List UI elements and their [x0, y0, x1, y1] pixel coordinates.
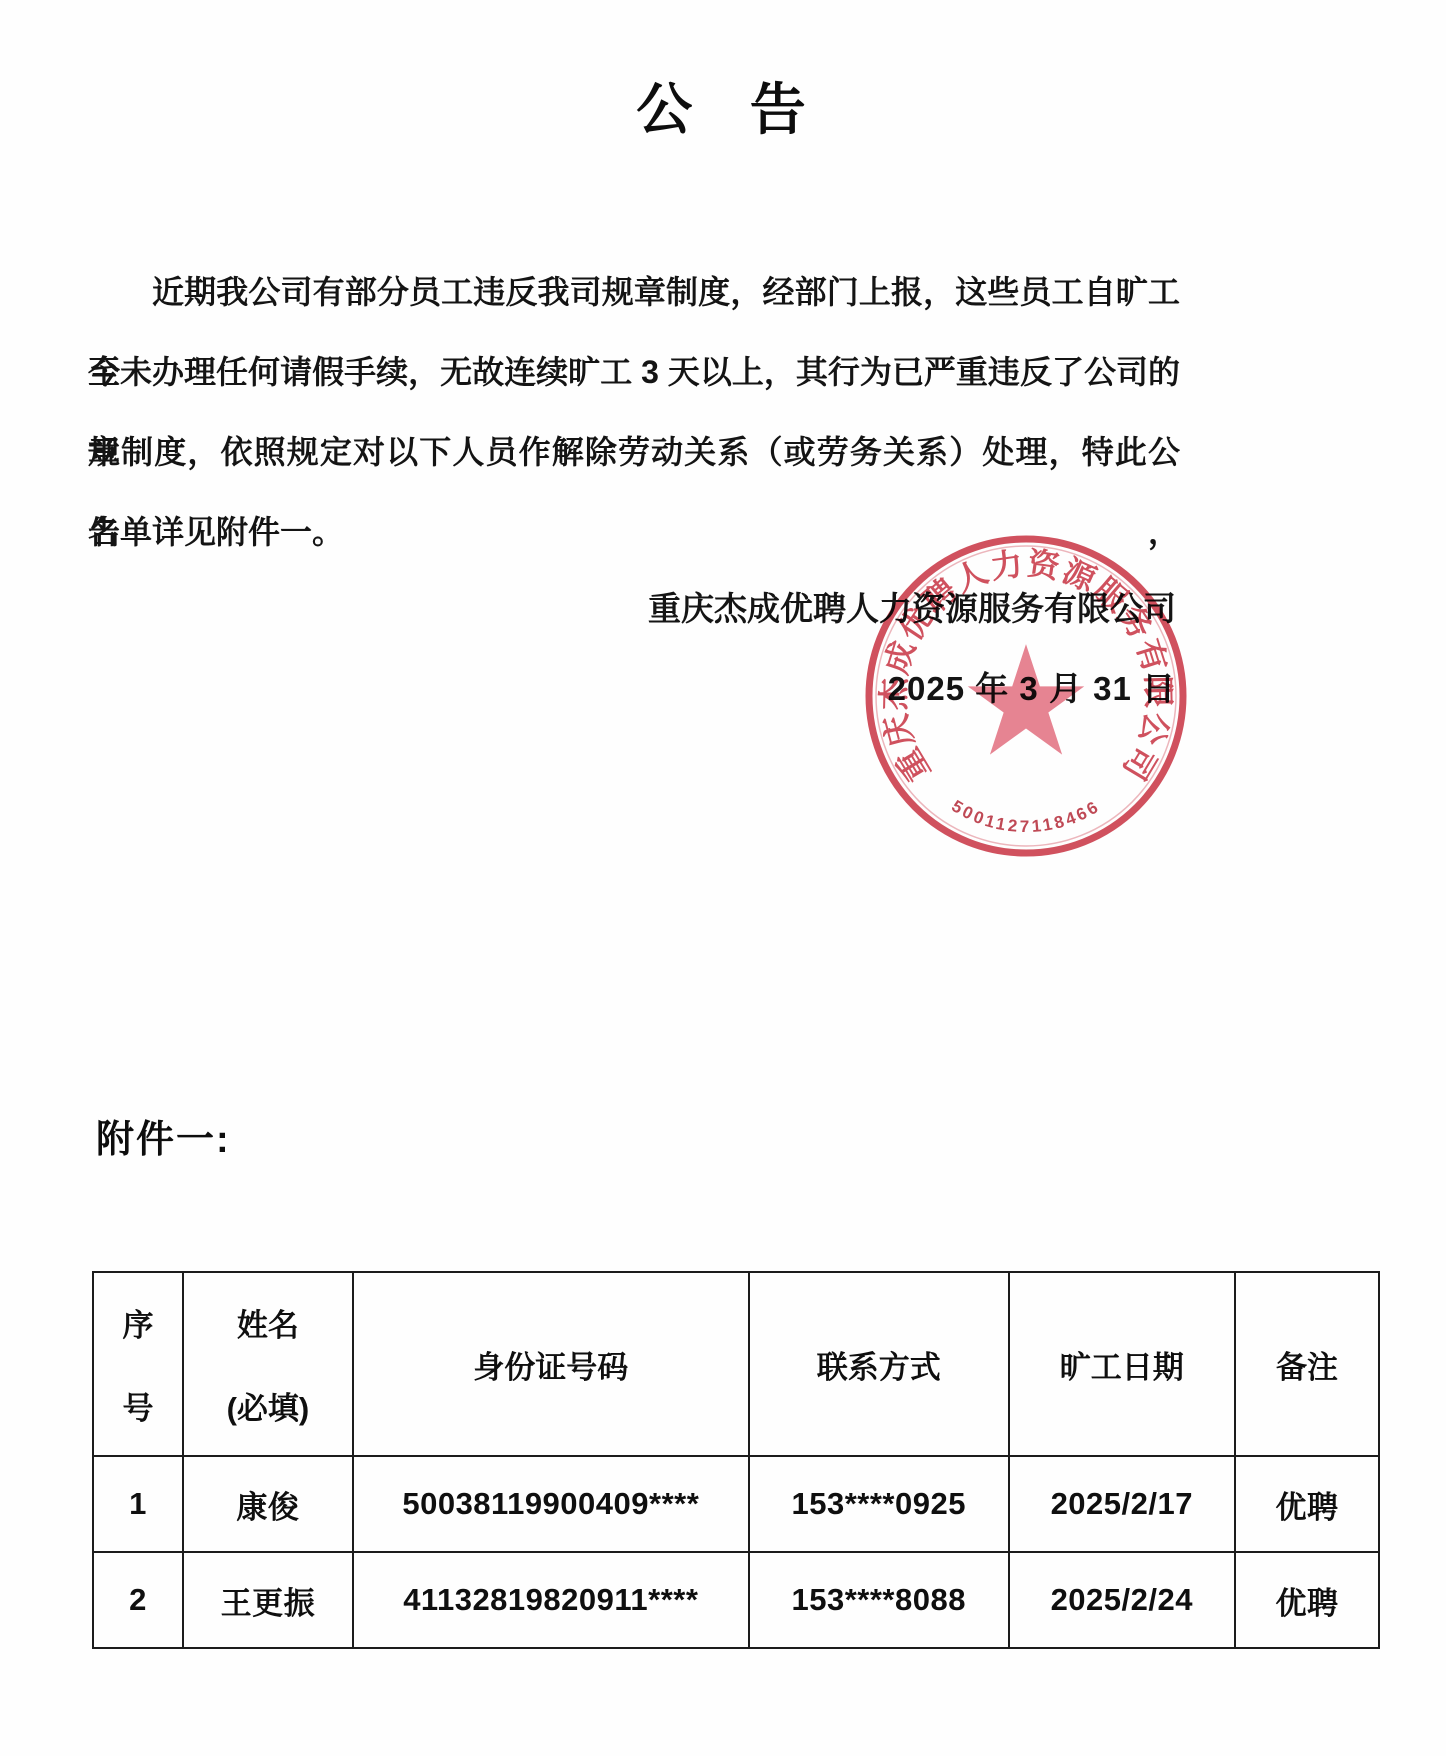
company-name: 重庆杰成优聘人力资源服务有限公司	[648, 588, 1176, 630]
table-header-row: 序 号 姓名 (必填) 身份证号码 联系方式 旷工日期 备注	[93, 1272, 1379, 1456]
cell-name: 王更振	[183, 1552, 353, 1648]
cell-contact: 153****8088	[749, 1552, 1009, 1648]
table-row: 2 王更振 41132819820911**** 153****8088 202…	[93, 1552, 1379, 1648]
header-serial-line1: 序	[123, 1300, 154, 1345]
cell-remark: 优聘	[1235, 1552, 1379, 1648]
svg-text:5001127118466: 5001127118466	[948, 796, 1103, 836]
cell-id-number: 50038119900409****	[353, 1456, 749, 1552]
header-serial: 序 号	[93, 1272, 183, 1456]
signature-block: 重庆杰成优聘人力资源服务有限公司 2025 年 3 月 31 日	[648, 588, 1176, 710]
header-name: 姓名 (必填)	[183, 1272, 353, 1456]
page-title: 公 告	[0, 66, 1446, 146]
signature-date: 2025 年 3 月 31 日	[648, 668, 1176, 710]
cell-serial: 2	[93, 1552, 183, 1648]
document-page: 公 告 近期我公司有部分员工违反我司规章制度，经部门上报，这些员工自旷工至 今未…	[0, 0, 1446, 1756]
header-remark: 备注	[1235, 1272, 1379, 1456]
table-row: 1 康俊 50038119900409**** 153****0925 2025…	[93, 1456, 1379, 1552]
body-line-2: 今未办理任何请假手续，无故连续旷工 3 天以上，其行为已严重违反了公司的规	[88, 332, 1180, 412]
cell-contact: 153****0925	[749, 1456, 1009, 1552]
cell-id-number: 41132819820911****	[353, 1552, 749, 1648]
seal-number: 5001127118466	[948, 796, 1103, 836]
attachment-label: 附件一:	[96, 1108, 231, 1163]
attachment-table: 序 号 姓名 (必填) 身份证号码 联系方式 旷工日期 备注 1	[92, 1271, 1380, 1649]
header-name-line2: (必填)	[227, 1383, 310, 1428]
cell-remark: 优聘	[1235, 1456, 1379, 1552]
header-id-number: 身份证号码	[353, 1272, 749, 1456]
cell-absence-date: 2025/2/17	[1009, 1456, 1235, 1552]
header-absence-date: 旷工日期	[1009, 1272, 1235, 1456]
body-paragraph: 近期我公司有部分员工违反我司规章制度，经部门上报，这些员工自旷工至 今未办理任何…	[88, 252, 1180, 572]
cell-serial: 1	[93, 1456, 183, 1552]
cell-name: 康俊	[183, 1456, 353, 1552]
cell-absence-date: 2025/2/24	[1009, 1552, 1235, 1648]
body-line-1: 近期我公司有部分员工违反我司规章制度，经部门上报，这些员工自旷工至	[88, 252, 1180, 332]
body-line-3: 章制度，依照规定对以下人员作解除劳动关系（或劳务关系）处理，特此公告，	[88, 412, 1180, 492]
header-serial-line2: 号	[123, 1383, 154, 1428]
header-name-line1: 姓名	[237, 1300, 299, 1345]
header-contact: 联系方式	[749, 1272, 1009, 1456]
